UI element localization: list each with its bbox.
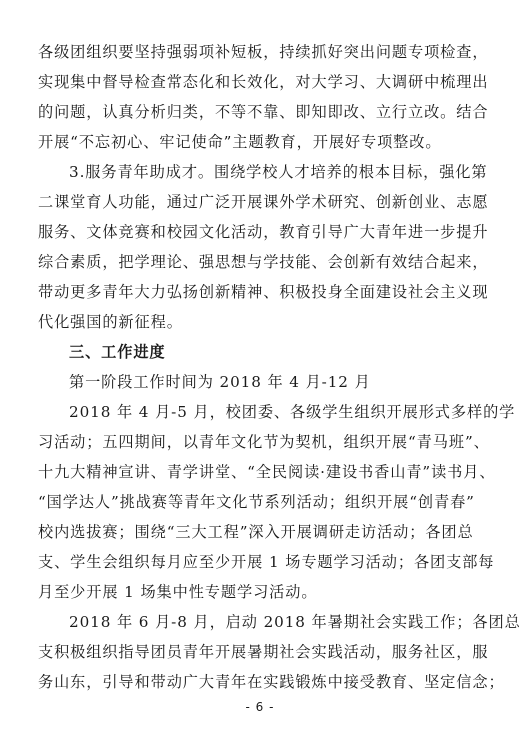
paragraph-line: 第一阶段工作时间为 2018 年 4 月-12 月 [69, 372, 486, 392]
paragraph-line: 带动更多青年大力弘扬创新精神、积极投身全面建设社会主义现 [38, 282, 486, 302]
page-number: - 6 - [0, 700, 520, 714]
paragraph-line: 2018 年 4 月-5 月，校团委、各级学生组织开展形式多样的学 [69, 402, 486, 422]
paragraph-line: 代化强国的新征程。 [38, 312, 486, 332]
paragraph-line: 月至少开展 1 场集中性专题学习活动。 [38, 582, 486, 602]
paragraph-line: 校内选拔赛；围绕“三大工程”深入开展调研走访活动；各团总 [38, 522, 486, 542]
paragraph-line: 服务、文体竞赛和校园文化活动，教育引导广大青年进一步提升 [38, 222, 486, 242]
paragraph-line: 十九大精神宣讲、青学讲堂、“全民阅读·建设书香山青”读书月、 [38, 462, 486, 482]
paragraph-line: 务山东，引导和带动广大青年在实践锻炼中接受教育、坚定信念； [38, 672, 486, 692]
paragraph-line: 综合素质，把学理论、强思想与学技能、会创新有效结合起来， [38, 252, 486, 272]
paragraph-line: 2018 年 6 月-8 月，启动 2018 年暑期社会实践工作；各团总 [69, 612, 486, 632]
document-page: 各级团组织要坚持强弱项补短板，持续抓好突出问题专项检查， 实现集中督导检查常态化… [0, 0, 520, 742]
paragraph-line: 的问题，认真分析归类，不等不靠、即知即改、立行立改。结合 [38, 102, 486, 122]
paragraph-line: 支、学生会组织每月应至少开展 1 场专题学习活动；各团支部每 [38, 552, 486, 572]
paragraph-line: 3.服务青年助成才。围绕学校人才培养的根本目标，强化第 [69, 162, 486, 182]
paragraph-line: “国学达人”挑战赛等青年文化节系列活动；组织开展“创青春” [38, 492, 486, 512]
paragraph-line: 支积极组织指导团员青年开展暑期社会实践活动，服务社区，服 [38, 642, 486, 662]
paragraph-line: 开展“不忘初心、牢记使命”主题教育，开展好专项整改。 [38, 132, 486, 152]
section-heading: 三、工作进度 [69, 342, 486, 362]
paragraph-line: 各级团组织要坚持强弱项补短板，持续抓好突出问题专项检查， [38, 42, 486, 62]
paragraph-line: 实现集中督导检查常态化和长效化，对大学习、大调研中梳理出 [38, 72, 486, 92]
paragraph-line: 二课堂育人功能，通过广泛开展课外学术研究、创新创业、志愿 [38, 192, 486, 212]
paragraph-line: 习活动；五四期间，以青年文化节为契机，组织开展“青马班”、 [38, 432, 486, 452]
